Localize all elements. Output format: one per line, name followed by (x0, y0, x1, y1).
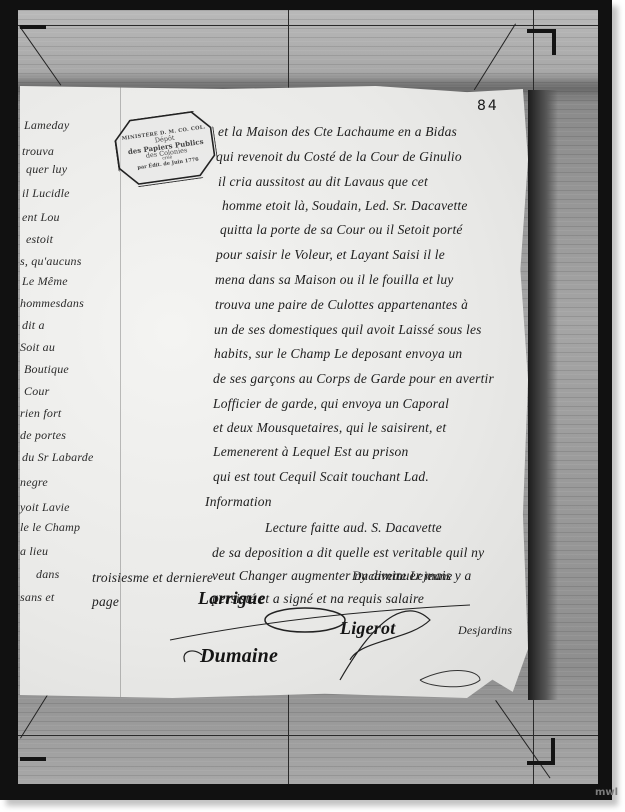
manuscript-line: qui est tout Cequil Scait touchant Lad. (213, 469, 429, 485)
paper-edge-shadow (528, 90, 558, 700)
margin-line: ent Lou (22, 210, 60, 225)
manuscript-line: il cria aussitost au dit Lavaus que cet (218, 174, 428, 190)
margin-line: hommesdans (20, 296, 84, 311)
manuscript-line: et deux Mousquetaires, qui le saisirent,… (213, 420, 446, 436)
signature-desjardins: Desjardins (458, 623, 512, 638)
paper-fold-line (120, 86, 121, 698)
margin-line: yoit Lavie (20, 500, 70, 515)
margin-line: il Lucidle (22, 186, 70, 201)
margin-line: rien fort (20, 406, 61, 421)
corner-diagonal-br (495, 700, 550, 778)
corner-mark-tl (20, 25, 46, 29)
page-number: 84 (477, 98, 499, 114)
margin-line: Soit au (20, 340, 55, 355)
manuscript-line: pour saisir le Voleur, et Layant Saisi i… (216, 247, 445, 263)
manuscript-line: Lemenerent à Lequel Est au prison (213, 444, 408, 460)
manuscript-line: Lofficier de garde, qui envoya un Capora… (213, 396, 449, 412)
board-rail-bottom (18, 735, 598, 736)
margin-line: estoit (26, 232, 53, 247)
corner-diagonal-tl (19, 26, 61, 86)
margin-line: quer luy (26, 162, 67, 177)
margin-line: trouva (22, 144, 54, 159)
margin-line: Boutique (24, 362, 69, 377)
manuscript-line: et la Maison des Cte Lachaume en a Bidas (218, 124, 457, 140)
margin-line: dans (36, 567, 59, 582)
margin-line: de portes (20, 428, 66, 443)
signature-larrigue: Larrigue (198, 588, 266, 609)
signature-dacavette: Dacavette Lejeune (352, 568, 453, 584)
corner-mark-br-v (551, 738, 555, 764)
margin-line: dit a (22, 318, 45, 333)
manuscript-line: quitta la porte de sa Cour ou il Setoit … (220, 222, 463, 238)
manuscript-line: un de ses domestiques quil avoit Laissé … (214, 322, 482, 338)
margin-line: Cour (24, 384, 49, 399)
manuscript-line: trouva une paire de Culottes appartenant… (215, 297, 468, 313)
corner-diagonal-tr (474, 23, 516, 90)
margin-line: a lieu (20, 544, 48, 559)
corner-mark-bl (20, 757, 46, 761)
corner-mark-tr-v (552, 29, 556, 55)
margin-line: le le Champ (20, 520, 80, 535)
manuscript-line: qui revenoit du Costé de la Cour de Ginu… (216, 149, 462, 165)
corner-mark-tr-h (527, 29, 555, 33)
margin-line: Le Même (22, 274, 68, 289)
manuscript-line: Lecture faitte aud. S. Dacavette (265, 520, 442, 536)
margin-line: du Sr Labarde (22, 450, 94, 465)
closing-note-line: troisiesme et derniere (92, 570, 213, 586)
margin-line: sans et (20, 590, 54, 605)
margin-line: negre (20, 475, 48, 490)
manuscript-line: mena dans sa Maison ou il le fouilla et … (215, 272, 453, 288)
manuscript-line: Information (205, 494, 272, 510)
manuscript-line: homme etoit là, Soudain, Led. Sr. Dacave… (222, 198, 468, 214)
margin-line: Lameday (24, 118, 69, 133)
manuscript-line: de sa deposition a dit quelle est verita… (212, 545, 484, 561)
signature-dumaine: Dumaine (200, 645, 278, 668)
manuscript-line: habits, sur le Champ Le deposant envoya … (214, 346, 462, 362)
margin-line: s, qu'aucuns (20, 254, 82, 269)
manuscript-line: de ses garçons au Corps de Garde pour en… (213, 371, 494, 387)
signature-ligerot: Ligerot (340, 618, 395, 639)
watermark-mwl: mwl (595, 787, 618, 798)
closing-note-line: page (92, 594, 119, 610)
board-rail-top (18, 25, 598, 26)
